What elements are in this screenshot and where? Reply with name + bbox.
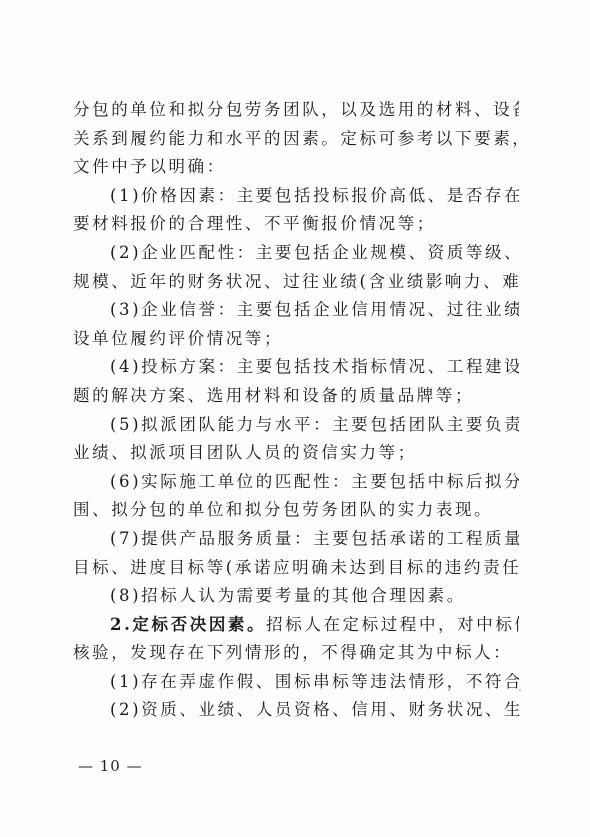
body-text: 分包的单位和拟分包劳务团队，以及选用的材料、设备品牌等直接 关系到履约能力和水平… xyxy=(73,96,519,725)
text-line: 规模、近年的财务状况、过往业绩(含业绩影响力、难易程度)等； xyxy=(73,268,519,297)
list-item-bid-plan: (4)投标方案：主要包括技术指标情况、工程建设时重难点问 xyxy=(73,353,519,382)
list-item-other-factors: (8)招标人认为需要考量的其他合理因素。 xyxy=(73,582,519,611)
text-line: 文件中予以明确： xyxy=(73,153,519,182)
list-item-service-quality: (7)提供产品服务质量：主要包括承诺的工程质量目标、安全 xyxy=(73,525,519,554)
document-page: 分包的单位和拟分包劳务团队，以及选用的材料、设备品牌等直接 关系到履约能力和水平… xyxy=(0,0,590,837)
scan-speck xyxy=(519,689,521,691)
list-item-fraud: (1)存在弄虚作假、围标串标等违法情形，不符合中标条件的； xyxy=(73,668,519,697)
text-line: 目标、进度目标等(承诺应明确未达到目标的违约责任)； xyxy=(73,554,519,583)
section-heading-text: 招标人在定标过程中，对中标候选人组织 xyxy=(266,615,519,634)
text-line: 分包的单位和拟分包劳务团队，以及选用的材料、设备品牌等直接 xyxy=(73,96,519,125)
text-line: 要材料报价的合理性、不平衡报价情况等； xyxy=(73,210,519,239)
text-line: 设单位履约评价情况等； xyxy=(73,325,519,354)
text-line: 关系到履约能力和水平的因素。定标可参考以下要素，并在招标 xyxy=(73,125,519,154)
list-item-enterprise-match: (2)企业匹配性：主要包括企业规模、资质等级、专业技术人员 xyxy=(73,239,519,268)
list-item-price-factor: (1)价格因素：主要包括投标报价高低、是否存在漏项缺项、主 xyxy=(73,182,519,211)
text-line: 业绩、拟派项目团队人员的资信实力等； xyxy=(73,439,519,468)
text-line: 核验，发现存在下列情形的，不得确定其为中标人： xyxy=(73,639,519,668)
text-line: 题的解决方案、选用材料和设备的质量品牌等； xyxy=(73,382,519,411)
list-item-enterprise-reputation: (3)企业信誉：主要包括企业信用情况、过往业绩履约情况、建 xyxy=(73,296,519,325)
list-item-team-capability: (5)拟派团队能力与水平：主要包括团队主要负责人类似工程 xyxy=(73,411,519,440)
list-item-qualification: (2)资质、业绩、人员资格、信用、财务状况、生产条件等不符合 xyxy=(73,696,519,725)
list-item-construction-unit-match: (6)实际施工单位的匹配性：主要包括中标后拟分包的工程范 xyxy=(73,468,519,497)
page-number: — 10 — xyxy=(78,756,143,776)
text-line: 围、拟分包的单位和拟分包劳务团队的实力表现。 xyxy=(73,496,519,525)
section-heading: 2.定标否决因素。 xyxy=(110,615,266,634)
section-heading-line: 2.定标否决因素。招标人在定标过程中，对中标候选人组织 xyxy=(73,611,519,640)
